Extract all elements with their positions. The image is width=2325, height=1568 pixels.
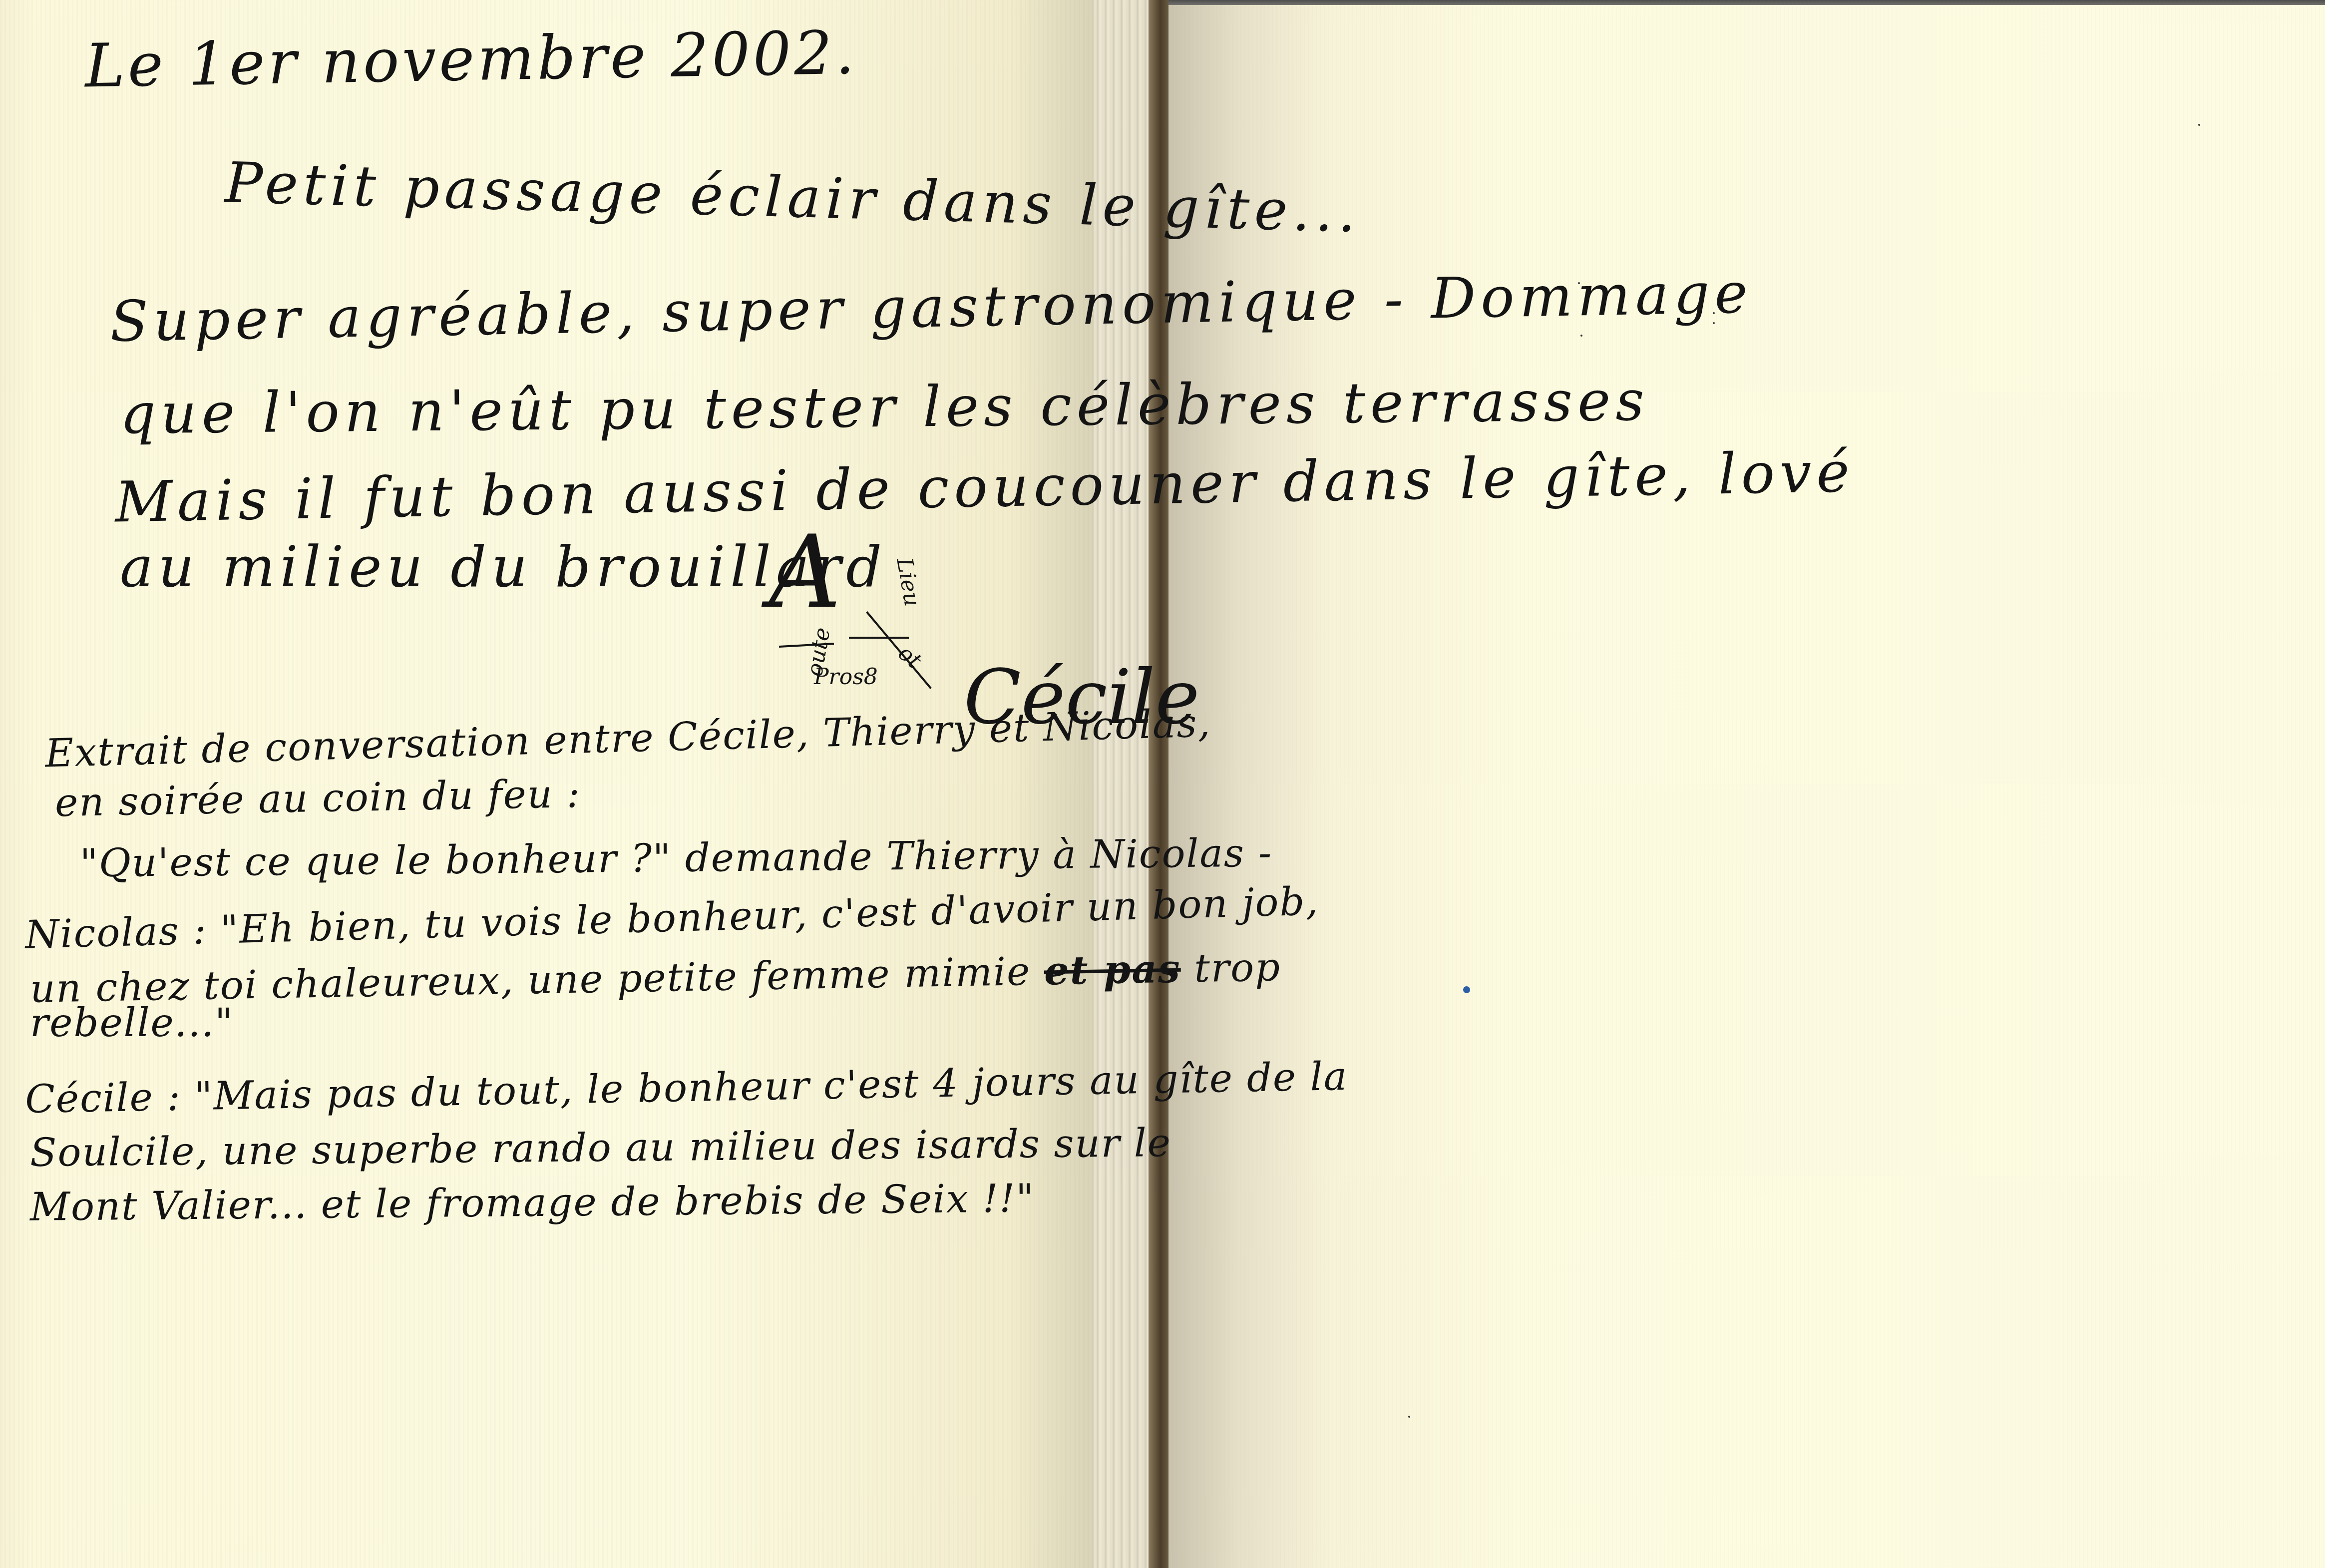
paper-speck: [2198, 124, 2200, 126]
guestbook-spread: Le 1er novembre 2002. Petit passage écla…: [0, 0, 2325, 1568]
signature-initial: A: [769, 514, 841, 631]
entry2-line: Soulcile, une superbe rando au milieu de…: [30, 1124, 1172, 1173]
struck-out-word: et pas: [1044, 946, 1181, 994]
entry1-line: que l'on n'eût pu tester les célèbres te…: [120, 373, 1650, 442]
paper-speck: [1713, 312, 1715, 314]
entry2-line-text: trop: [1194, 945, 1281, 991]
paper-speck: [1408, 1416, 1410, 1418]
paper-speck: [1663, 287, 1665, 289]
entry2-line: en soirée au coin du feu :: [54, 775, 581, 822]
signature-stroke: [849, 637, 909, 639]
paper-speck: [1713, 322, 1715, 324]
entry2-line: "Qu'est ce que le bonheur ?" demande Thi…: [80, 834, 1273, 883]
entry2-line: Mont Valier... et le fromage de brebis d…: [30, 1179, 1035, 1227]
signature-mark: Lieu: [891, 556, 925, 608]
blue-ink-dot: [1463, 986, 1470, 993]
entry2-line: rebelle...": [30, 1004, 234, 1043]
paper-speck: [1580, 335, 1582, 337]
signature-mark: ot: [893, 640, 927, 674]
paper-speck: [1578, 282, 1580, 284]
entry-date: Le 1er novembre 2002.: [84, 23, 858, 97]
signature-mark: Pros8: [814, 664, 878, 690]
